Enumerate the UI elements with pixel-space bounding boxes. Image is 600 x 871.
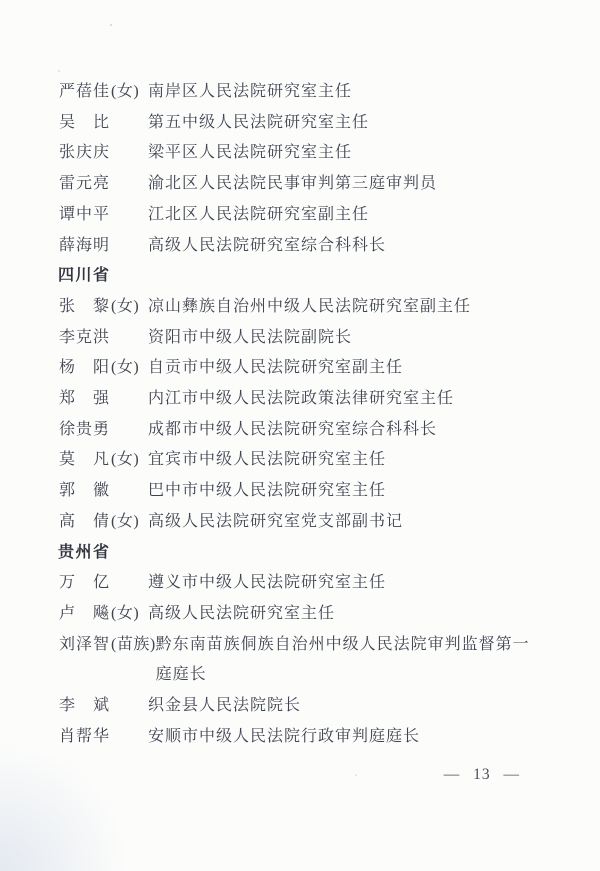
entry-row: 徐贵勇 成都市中级人民法院研究室综合科科长 [59,415,546,446]
entry-title: 成都市中级人民法院研究室综合科科长 [148,415,546,446]
entry-name: 谭中平 [59,200,111,231]
entry-title: 资阳市中级人民法院副院长 [148,323,546,354]
entry-name: 张庆庆 [59,138,111,169]
entry-title: 内江市中级人民法院政策法律研究室主任 [148,384,546,415]
entry-row: 张庆庆 梁平区人民法院研究室主任 [59,138,546,169]
entry-title: 江北区人民法院研究室副主任 [148,200,546,231]
entry-name: 李 斌 [59,691,111,722]
entry-name: 严蓓佳 [59,77,111,108]
entry-title: 巴中市中级人民法院研究室主任 [148,476,546,507]
entry-title: 凉山彝族自治州中级人民法院研究室副主任 [148,292,546,323]
entry-name: 万 亿 [59,568,111,599]
entry-row: 严蓓佳 (女) 南岸区人民法院研究室主任 [59,77,546,108]
entry-name: 郭 徽 [59,476,111,507]
entry-name: 杨 阳 [59,353,111,384]
entries-list: 严蓓佳 (女) 南岸区人民法院研究室主任 吴 比 第五中级人民法院研究室主任 张… [59,77,546,752]
entry-suffix: (苗族) [111,630,156,661]
entry-name: 薛海明 [59,231,111,262]
entry-row: 杨 阳 (女) 自贡市中级人民法院研究室副主任 [59,353,546,384]
entry-title: 高级人民法院研究室综合科科长 [148,231,546,262]
entry-suffix: (女) [111,599,148,630]
entry-title: 自贡市中级人民法院研究室副主任 [148,353,546,384]
entry-row: 李克洪 资阳市中级人民法院副院长 [59,323,546,354]
entry-row: 郭 徽 巴中市中级人民法院研究室主任 [59,476,546,507]
entry-name: 吴 比 [59,108,111,139]
entry-title: 安顺市中级人民法院行政审判庭庭长 [148,722,546,753]
entry-name: 李克洪 [59,323,111,354]
entry-title: 高级人民法院研究室主任 [148,599,546,630]
entry-row: 肖帮华 安顺市中级人民法院行政审判庭庭长 [59,722,546,753]
entry-row: 雷元亮 渝北区人民法院民事审判第三庭审判员 [59,169,546,200]
entry-name: 肖帮华 [59,722,111,753]
entry-name: 雷元亮 [59,169,111,200]
entry-title: 第五中级人民法院研究室主任 [148,108,546,139]
province-header: 四川省 [58,261,546,292]
entry-name: 刘泽智 [59,630,111,661]
entry-name: 郑 强 [59,384,111,415]
entry-title: 宜宾市中级人民法院研究室主任 [148,445,546,476]
entry-title: 黔东南苗族侗族自治州中级人民法院审判监督第一庭庭长 [156,630,546,691]
entry-row: 莫 凡 (女) 宜宾市中级人民法院研究室主任 [59,445,546,476]
entry-title: 梁平区人民法院研究室主任 [148,138,546,169]
entry-row: 卢 飚 (女) 高级人民法院研究室主任 [59,599,546,630]
entry-suffix: (女) [111,353,148,384]
entry-title: 遵义市中级人民法院研究室主任 [148,568,546,599]
entry-row: 高 倩 (女) 高级人民法院研究室党支部副书记 [59,507,546,538]
entry-row: 郑 强 内江市中级人民法院政策法律研究室主任 [59,384,546,415]
entry-suffix: (女) [111,292,148,323]
entry-suffix: (女) [111,445,148,476]
entry-name: 莫 凡 [59,445,111,476]
entry-suffix: (女) [111,507,148,538]
province-header: 贵州省 [58,538,546,569]
entry-row: 吴 比 第五中级人民法院研究室主任 [59,108,546,139]
entry-title: 南岸区人民法院研究室主任 [148,77,546,108]
entry-row: 薛海明 高级人民法院研究室综合科科长 [59,231,546,262]
page-number: — 13 — [444,766,520,784]
entry-name: 徐贵勇 [59,415,111,446]
entry-name: 张 黎 [59,292,111,323]
entry-title: 渝北区人民法院民事审判第三庭审判员 [148,169,546,200]
document-page: 严蓓佳 (女) 南岸区人民法院研究室主任 吴 比 第五中级人民法院研究室主任 张… [0,0,600,871]
entry-row: 张 黎 (女) 凉山彝族自治州中级人民法院研究室副主任 [59,292,546,323]
entry-row: 刘泽智 (苗族) 黔东南苗族侗族自治州中级人民法院审判监督第一庭庭长 [59,630,546,691]
entry-name: 卢 飚 [59,599,111,630]
entry-row: 谭中平 江北区人民法院研究室副主任 [59,200,546,231]
entry-row: 李 斌 织金县人民法院院长 [59,691,546,722]
entry-title: 高级人民法院研究室党支部副书记 [148,507,546,538]
entry-row: 万 亿 遵义市中级人民法院研究室主任 [59,568,546,599]
entry-title: 织金县人民法院院长 [148,691,546,722]
entry-suffix: (女) [111,77,148,108]
entry-name: 高 倩 [59,507,111,538]
